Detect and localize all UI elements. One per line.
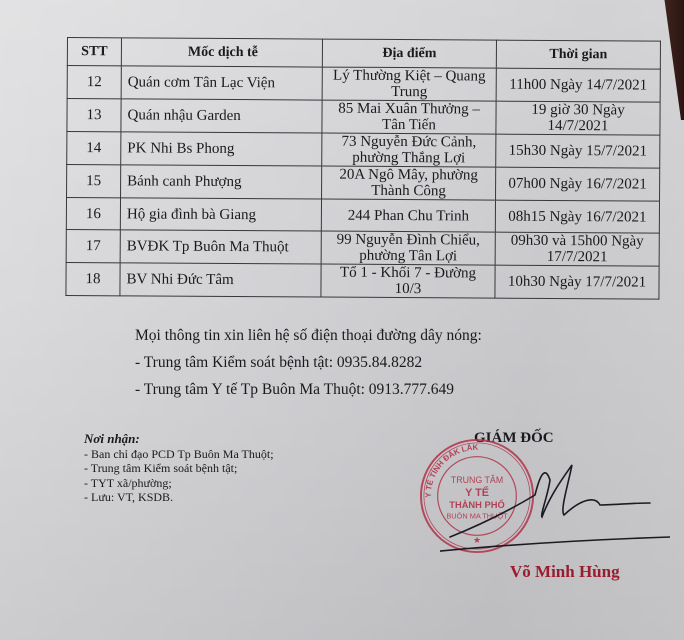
cell-place: BVĐK Tp Buôn Ma Thuột (120, 230, 321, 264)
cell-address: 20A Ngô Mây, phường Thành Công (322, 166, 496, 200)
cell-time: 10h30 Ngày 17/7/2021 (495, 265, 659, 299)
contact-intro: Mọi thông tin xin liên hệ số điện thoại … (135, 322, 482, 349)
cell-place: Hộ gia đình bà Giang (120, 198, 321, 231)
cell-place: Quán cơm Tân Lạc Viện (121, 66, 322, 100)
recipient-item: - Lưu: VT, KSDB. (84, 490, 274, 505)
cell-stt: 17 (66, 229, 120, 262)
table-row: 16Hộ gia đình bà Giang244 Phan Chu Trinh… (66, 198, 659, 234)
cell-address: Tổ 1 - Khối 7 - Đường 10/3 (321, 264, 495, 298)
cell-stt: 12 (67, 66, 121, 99)
cell-stt: 13 (67, 99, 121, 132)
table-header-row: STT Mốc dịch tễ Địa điểm Thời gian (67, 38, 660, 70)
recipients-block: Nơi nhận: - Ban chỉ đạo PCD Tp Buôn Ma T… (84, 432, 274, 505)
cell-address: Lý Thường Kiệt – Quang Trung (322, 67, 496, 101)
table-row: 15Bánh canh Phượng20A Ngô Mây, phường Th… (67, 165, 660, 202)
cell-time: 07h00 Ngày 16/7/2021 (496, 167, 660, 201)
cell-time: 08h15 Ngày 16/7/2021 (495, 200, 659, 233)
cell-stt: 14 (67, 132, 121, 165)
cell-place: BV Nhi Đức Tâm (120, 263, 321, 297)
recipient-item: - Trung tâm Kiểm soát bệnh tật; (84, 461, 274, 476)
cell-place: Quán nhậu Garden (121, 99, 322, 133)
signer-name: Võ Minh Hùng (510, 562, 620, 582)
cell-stt: 16 (66, 198, 120, 230)
hotline-contact: Mọi thông tin xin liên hệ số điện thoại … (135, 322, 482, 403)
recipients-title: Nơi nhận: (84, 432, 274, 447)
header-place: Mốc dịch tễ (121, 38, 322, 67)
recipient-item: - TYT xã/phường; (84, 476, 274, 491)
cell-address: 73 Nguyễn Đức Cảnh, phường Thắng Lợi (322, 133, 496, 167)
cell-place: PK Nhi Bs Phong (121, 132, 322, 166)
table-row: 12Quán cơm Tân Lạc ViệnLý Thường Kiệt – … (67, 66, 660, 103)
cell-place: Bánh canh Phượng (121, 165, 322, 199)
epidemiology-table: STT Mốc dịch tễ Địa điểm Thời gian 12Quá… (65, 37, 661, 300)
header-stt: STT (67, 38, 121, 66)
cell-address: 99 Nguyễn Đình Chiểu, phường Tân Lợi (321, 231, 495, 265)
header-address: Địa điểm (322, 39, 496, 68)
table-row: 18BV Nhi Đức TâmTổ 1 - Khối 7 - Đường 10… (66, 262, 659, 299)
contact-line-cdc: - Trung tâm Kiểm soát bệnh tật: 0935.84.… (135, 349, 482, 376)
table-row: 14PK Nhi Bs Phong73 Nguyễn Đức Cảnh, phư… (67, 132, 660, 169)
cell-time: 09h30 và 15h00 Ngày 17/7/2021 (495, 232, 659, 266)
header-time: Thời gian (496, 40, 660, 69)
table-row: 17BVĐK Tp Buôn Ma Thuột99 Nguyễn Đình Ch… (66, 229, 659, 266)
cell-time: 19 giờ 30 Ngày 14/7/2021 (496, 101, 660, 135)
cell-time: 15h30 Ngày 15/7/2021 (496, 134, 660, 168)
cell-stt: 18 (66, 262, 120, 295)
cell-address: 244 Phan Chu Trinh (321, 199, 495, 232)
cell-address: 85 Mai Xuân Thưởng – Tân Tiến (322, 100, 496, 134)
contact-line-health-center: - Trung tâm Y tế Tp Buôn Ma Thuột: 0913.… (135, 376, 482, 403)
signature-icon (440, 455, 670, 555)
recipient-item: - Ban chỉ đạo PCD Tp Buôn Ma Thuột; (84, 447, 274, 462)
cell-stt: 15 (67, 165, 121, 198)
cell-time: 11h00 Ngày 14/7/2021 (496, 68, 660, 102)
table-row: 13Quán nhậu Garden85 Mai Xuân Thưởng – T… (67, 99, 660, 136)
